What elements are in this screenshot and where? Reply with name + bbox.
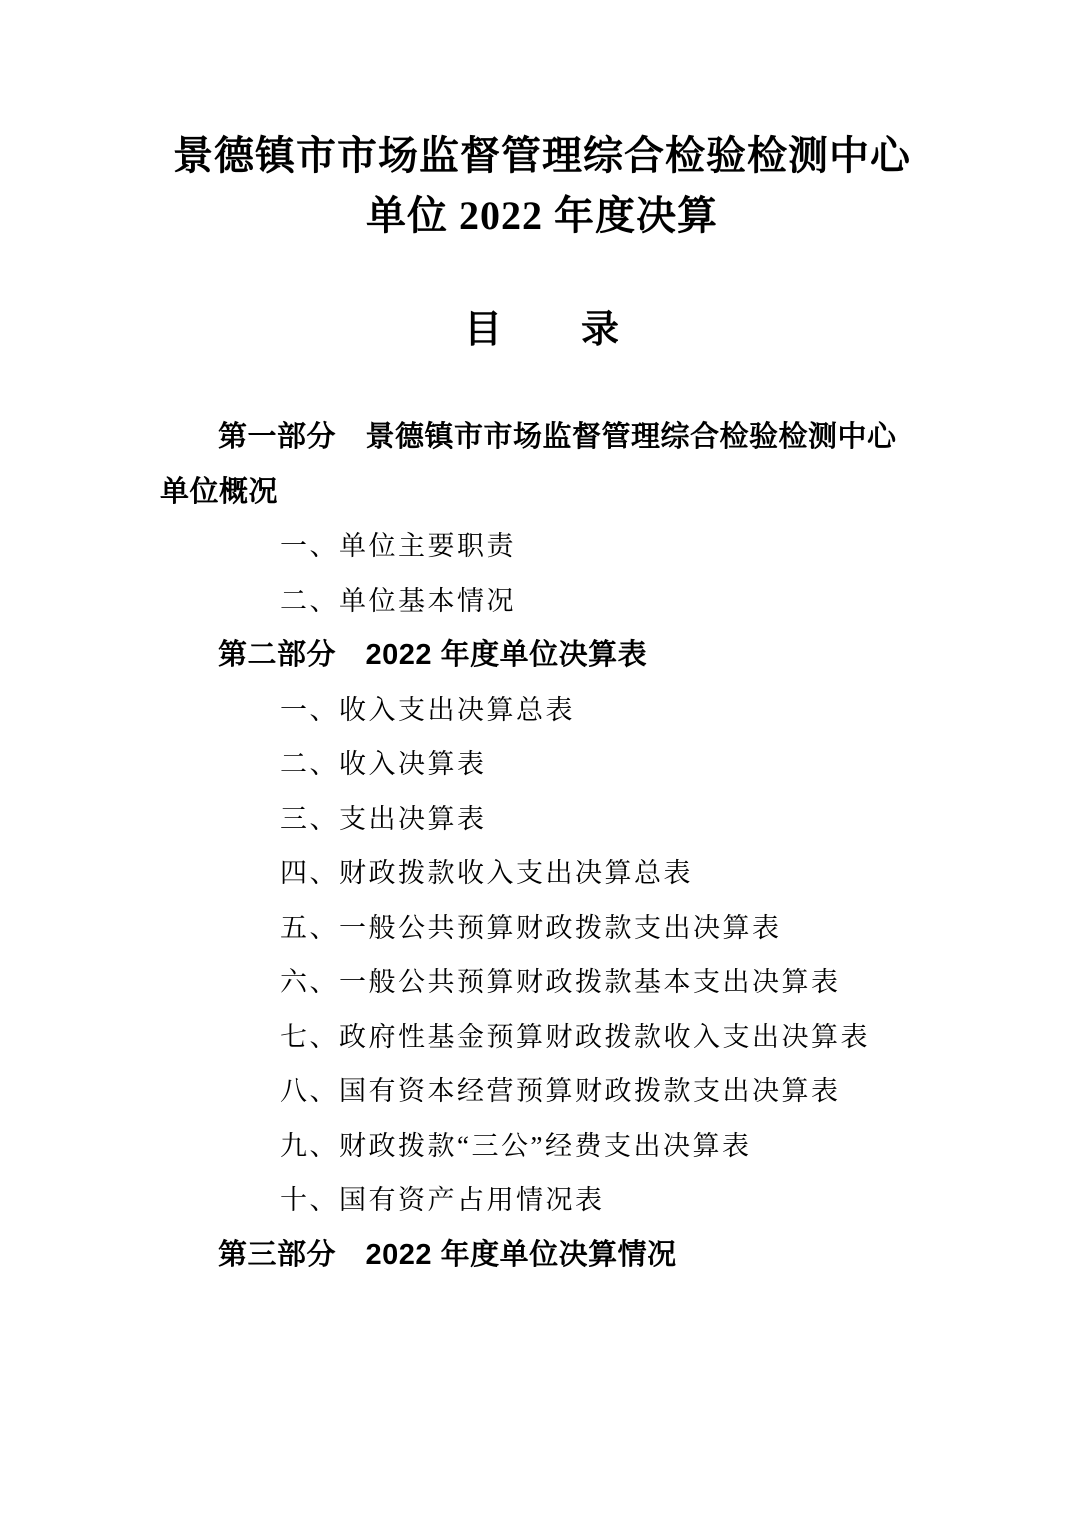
toc-heading: 目 录 [160,303,924,357]
document-title-line2: 单位 2022 年度决算 [160,186,924,246]
toc-item: 七、政府性基金预算财政拨款收入支出决算表 [160,1010,924,1065]
toc-item: 十、国有资产占用情况表 [160,1173,924,1228]
table-of-contents: 第一部分 景德镇市市场监督管理综合检验检测中心 单位概况 一、单位主要职责 二、… [160,410,924,1282]
toc-item: 二、收入决算表 [160,737,924,792]
toc-item: 一、收入支出决算总表 [160,683,924,738]
toc-item: 一、单位主要职责 [160,519,924,574]
toc-item: 八、国有资本经营预算财政拨款支出决算表 [160,1064,924,1119]
toc-section-1-heading-line1: 第一部分 景德镇市市场监督管理综合检验检测中心 [160,410,924,465]
toc-item: 三、支出决算表 [160,792,924,847]
toc-item: 五、一般公共预算财政拨款支出决算表 [160,901,924,956]
document-page: 景德镇市市场监督管理综合检验检测中心 单位 2022 年度决算 目 录 第一部分… [0,0,1074,1520]
toc-item: 九、财政拨款“三公”经费支出决算表 [160,1119,924,1174]
toc-section-1-heading-line2: 单位概况 [160,465,924,520]
toc-item: 二、单位基本情况 [160,574,924,629]
toc-item: 四、财政拨款收入支出决算总表 [160,846,924,901]
toc-section-3-heading: 第三部分 2022 年度单位决算情况 [160,1228,924,1283]
toc-section-2-heading: 第二部分 2022 年度单位决算表 [160,628,924,683]
document-title: 景德镇市市场监督管理综合检验检测中心 单位 2022 年度决算 [160,126,924,246]
document-title-line1: 景德镇市市场监督管理综合检验检测中心 [160,126,924,186]
toc-item: 六、一般公共预算财政拨款基本支出决算表 [160,955,924,1010]
